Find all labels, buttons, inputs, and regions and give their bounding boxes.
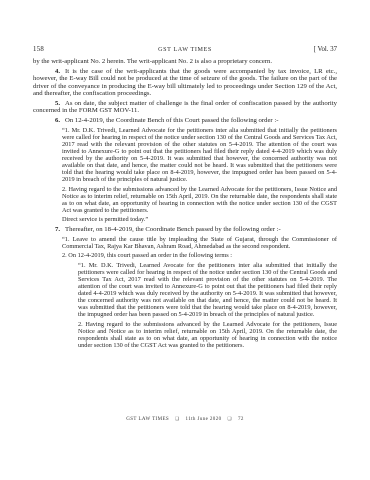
order-paragraph: 2. On 12-4-2019, this court passed an or… — [62, 252, 337, 259]
paragraph-continuation: by the writ-applicant No. 2 herein. The … — [33, 58, 337, 65]
running-header: 158 GST LAW TIMES [ Vol. 37 — [33, 46, 337, 53]
order-paragraph: “1. Mr. D.K. Trivedi, Learned Avocate fo… — [78, 262, 337, 318]
page-content: 158 GST LAW TIMES [ Vol. 37 by the writ-… — [33, 46, 337, 352]
volume-label: [ Vol. 37 — [277, 46, 337, 53]
order-paragraph: 2. Having regard to the submissions adva… — [78, 321, 337, 349]
paragraph-text: by the writ-applicant No. 2 herein. The … — [33, 58, 272, 65]
page-number: 158 — [33, 46, 93, 53]
paragraph-number: 4. — [55, 68, 60, 75]
paragraph-6: 6.On 12-4-2019, the Coordinate Bench of … — [33, 117, 337, 124]
footer-page-ref: 72 — [238, 417, 244, 422]
paragraph-number: 6. — [55, 117, 60, 124]
order-paragraph: 2. Having regard to the submissions adva… — [62, 186, 337, 214]
paragraph-text: As on date, the subject matter of challe… — [33, 100, 337, 114]
scanned-document-page: 158 GST LAW TIMES [ Vol. 37 by the writ-… — [0, 0, 370, 480]
paragraph-5: 5.As on date, the subject matter of chal… — [33, 100, 337, 115]
paragraph-number: 7. — [55, 226, 60, 233]
paragraph-text: Thereafter, on 18-4-2019, the Coordinate… — [65, 226, 281, 233]
footer-journal: GST LAW TIMES — [126, 417, 169, 422]
paragraph-7: 7.Thereafter, on 18-4-2019, the Coordina… — [33, 226, 337, 233]
paragraph-4: 4.It is the case of the writ-applicants … — [33, 68, 337, 97]
order-paragraph: “1. Leave to amend the cause title by im… — [62, 236, 337, 250]
footer-date: 11th June 2020 — [186, 417, 222, 422]
square-bullet-icon: ❑ — [175, 416, 179, 421]
paragraph-text: On 12-4-2019, the Coordinate Bench of th… — [65, 117, 278, 124]
paragraph-text: It is the case of the writ-applicants th… — [33, 68, 337, 97]
journal-title: GST LAW TIMES — [93, 47, 277, 53]
order-paragraph: “1. Mr. D.K. Trivedi, Learned Advocate f… — [62, 127, 337, 183]
paragraph-number: 5. — [55, 100, 60, 107]
quoted-order-2: “1. Leave to amend the cause title by im… — [62, 236, 337, 349]
nested-quoted-order: “1. Mr. D.K. Trivedi, Learned Avocate fo… — [78, 262, 337, 349]
square-bullet-icon: ❑ — [228, 416, 232, 421]
quoted-order-1: “1. Mr. D.K. Trivedi, Learned Advocate f… — [62, 127, 337, 224]
order-paragraph: Direct service is permitted today.” — [62, 216, 337, 223]
page-footer: GST LAW TIMES❑11th June 2020❑72 — [0, 416, 370, 422]
